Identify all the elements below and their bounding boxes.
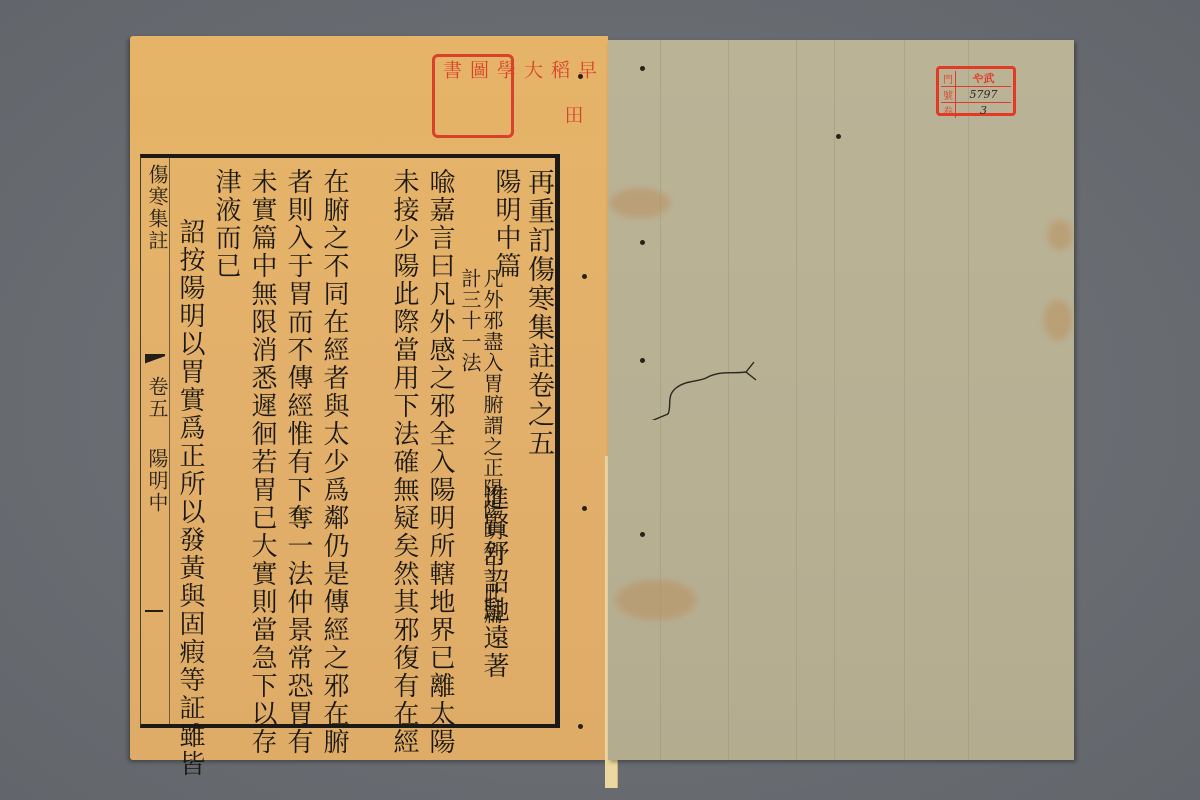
- water-stain: [1044, 300, 1072, 340]
- body-column: 未接少陽此際當用下法確無疑矣然其邪復有在經: [389, 168, 419, 756]
- water-stain: [616, 580, 696, 620]
- page-number-mark: [145, 610, 163, 612]
- stamp-value: 3: [956, 104, 1011, 117]
- body-column: 者則入于胃而不傳經惟有下奪一法仲景常恐胃有: [283, 168, 313, 756]
- stamp-row: 號 5797: [941, 87, 1011, 103]
- seal-cell: 早稻: [546, 60, 600, 96]
- stamp-row: 門 や武: [941, 70, 1011, 87]
- seal-cell: 田: [546, 96, 600, 132]
- faint-ruling: [968, 40, 969, 760]
- paper-crack-mark: [638, 340, 758, 420]
- ink-speck: [836, 134, 841, 139]
- seal-cell: 大學: [492, 60, 546, 96]
- binding-hole: [582, 506, 587, 511]
- right-page-blank-flyleaf: 門 や武 號 5797 卷 3: [608, 40, 1074, 760]
- left-page: 圖書 大學 早稻 田 傷寒集註 卷五 陽明中 再重訂傷寒集註卷之五 陽明中篇 凡…: [130, 36, 608, 760]
- chapter-title-column: 陽明中篇: [491, 168, 521, 280]
- fish-tail-mark: [145, 354, 165, 370]
- stamp-label: 號: [941, 87, 956, 102]
- author-column: 進賢舒詔馳遠著: [479, 484, 509, 680]
- center-fold-column: 傷寒集註 卷五 陽明中: [141, 158, 170, 724]
- printed-frame: 傷寒集註 卷五 陽明中 再重訂傷寒集註卷之五 陽明中篇 凡外邪盡入胃腑謂之正陽陽…: [140, 154, 560, 728]
- banxin-title: 傷寒集註: [143, 164, 172, 252]
- banxin-volume: 卷五: [143, 376, 172, 420]
- body-column: 津液而已: [211, 168, 241, 280]
- seal-cell: [438, 96, 492, 132]
- binding-hole: [578, 724, 583, 729]
- faint-ruling: [834, 40, 835, 760]
- library-call-number-stamp: 門 や武 號 5797 卷 3: [936, 66, 1016, 116]
- stamp-label: 卷: [941, 103, 956, 118]
- stamp-value: 5797: [956, 88, 1011, 101]
- faint-ruling: [904, 40, 905, 760]
- stamp-value: や武: [956, 70, 1011, 86]
- binding-hole: [640, 532, 645, 537]
- stamp-label: 門: [941, 71, 956, 86]
- body-column: 喩嘉言曰凡外感之邪全入陽明所轄地界已離太陽: [425, 168, 455, 756]
- seal-cell: 圖書: [438, 60, 492, 96]
- body-column: 未實篇中無限消悉遲徊若胃已大實則當急下以存: [247, 168, 277, 756]
- water-stain: [1048, 220, 1072, 250]
- binding-hole: [578, 74, 583, 79]
- banxin-section: 陽明中: [143, 448, 172, 514]
- faint-ruling: [796, 40, 797, 760]
- stamp-row: 卷 3: [941, 103, 1011, 118]
- water-stain: [610, 188, 670, 218]
- binding-hole: [640, 66, 645, 71]
- binding-hole: [582, 274, 587, 279]
- commentary-column: 詔按陽明以胃實爲正所以發黃與固瘕等証雖皆: [175, 218, 205, 778]
- body-column: 在腑之不同在經者與太少爲鄰仍是傳經之邪在腑: [319, 168, 349, 756]
- book-title-column: 再重訂傷寒集註卷之五: [523, 168, 553, 458]
- waseda-library-seal: 圖書 大學 早稻 田: [432, 54, 514, 138]
- annotation-column: 計三十一法: [455, 268, 485, 373]
- seal-cell: [492, 96, 546, 132]
- binding-hole: [640, 240, 645, 245]
